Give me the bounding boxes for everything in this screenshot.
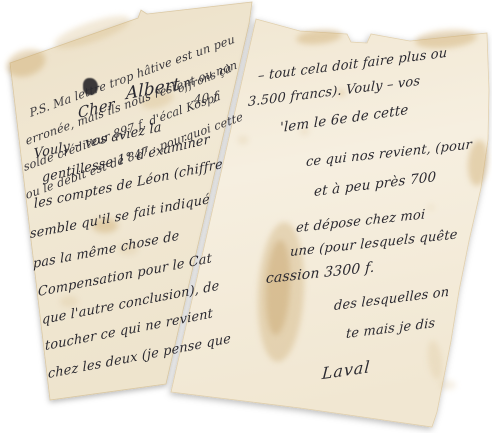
photo-canvas: P.S. Ma lettre trop hâtive est un peu er…: [0, 0, 492, 433]
ink-blot: [83, 78, 98, 95]
letter-pages-graphic: [0, 0, 492, 433]
